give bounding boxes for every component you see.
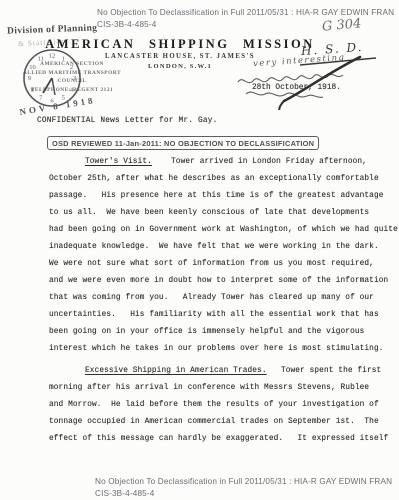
letter-date: 28th October, 1918. xyxy=(252,84,341,92)
division-stamp-line1: Division of Planning xyxy=(7,23,98,36)
paragraph1-heading: Tower's Visit. xyxy=(85,158,152,166)
svg-text:12: 12 xyxy=(49,53,56,60)
svg-text:1: 1 xyxy=(62,56,65,63)
letter-salutation: CONFIDENTIAL News Letter for Mr. Gay. xyxy=(37,117,218,125)
paragraph1-first-line-rest: Tower arrived in London Friday afternoon… xyxy=(152,158,367,166)
body-line: uncertainties. His familiarity with all … xyxy=(49,311,397,328)
body-line: effect of this message can hardly be exa… xyxy=(49,435,397,452)
body-line: been going on in your office is immensel… xyxy=(49,328,397,345)
body-line: and we were even more in doubt how to in… xyxy=(49,277,397,294)
body-line: We were not sure what sort of informatio… xyxy=(49,260,397,277)
body-line: morning after his arrival in conference … xyxy=(49,384,397,401)
svg-text:8: 8 xyxy=(31,87,34,94)
letter-body: Tower's Visit. Tower arrived in London F… xyxy=(49,158,397,452)
body-line: had been going on in Government work at … xyxy=(49,226,397,243)
svg-text:2: 2 xyxy=(70,64,73,71)
paragraph1-first-line: Tower's Visit. Tower arrived in London F… xyxy=(49,158,397,175)
body-line: October 25th, after what he describes as… xyxy=(49,175,397,192)
osd-review-stamp: OSD REVIEWED 11-Jan-2011: NO OBJECTION T… xyxy=(47,136,319,150)
svg-text:3: 3 xyxy=(73,75,76,82)
pencil-reference-note: G 304 xyxy=(321,16,362,34)
body-line: tonnage occupied in American commercial … xyxy=(49,418,397,435)
svg-text:9: 9 xyxy=(28,75,31,82)
body-line: interest which he takes in our problems … xyxy=(49,345,397,362)
declassification-stamp-bottom-line2: CIS-3B-4-485-4 xyxy=(95,488,392,500)
svg-text:7: 7 xyxy=(39,95,43,102)
paragraph2-first-line: Excessive Shipping in American Trades. T… xyxy=(49,367,397,384)
body-line: passage. His presence here at this time … xyxy=(49,192,397,209)
svg-text:10: 10 xyxy=(29,64,36,71)
svg-text:4: 4 xyxy=(70,87,74,94)
body-line: and Morrow. He laid before them the resu… xyxy=(49,401,397,418)
body-line: inadequate knowledge. We have felt that … xyxy=(49,243,397,260)
declassification-stamp-bottom: No Objection To Declassification in Full… xyxy=(95,476,392,499)
scanned-letter-page: No Objection To Declassification in Full… xyxy=(0,0,399,500)
svg-text:11: 11 xyxy=(38,56,44,63)
body-line: to us all. We have been keenly conscious… xyxy=(49,209,397,226)
declassification-stamp-bottom-line1: No Objection To Declassification in Full… xyxy=(95,476,392,488)
body-line: that was coming from you. Already Tower … xyxy=(49,294,397,311)
paragraph2-heading: Excessive Shipping in American Trades. xyxy=(85,367,267,375)
paragraph2-first-line-rest: Tower spent the first xyxy=(267,367,382,375)
